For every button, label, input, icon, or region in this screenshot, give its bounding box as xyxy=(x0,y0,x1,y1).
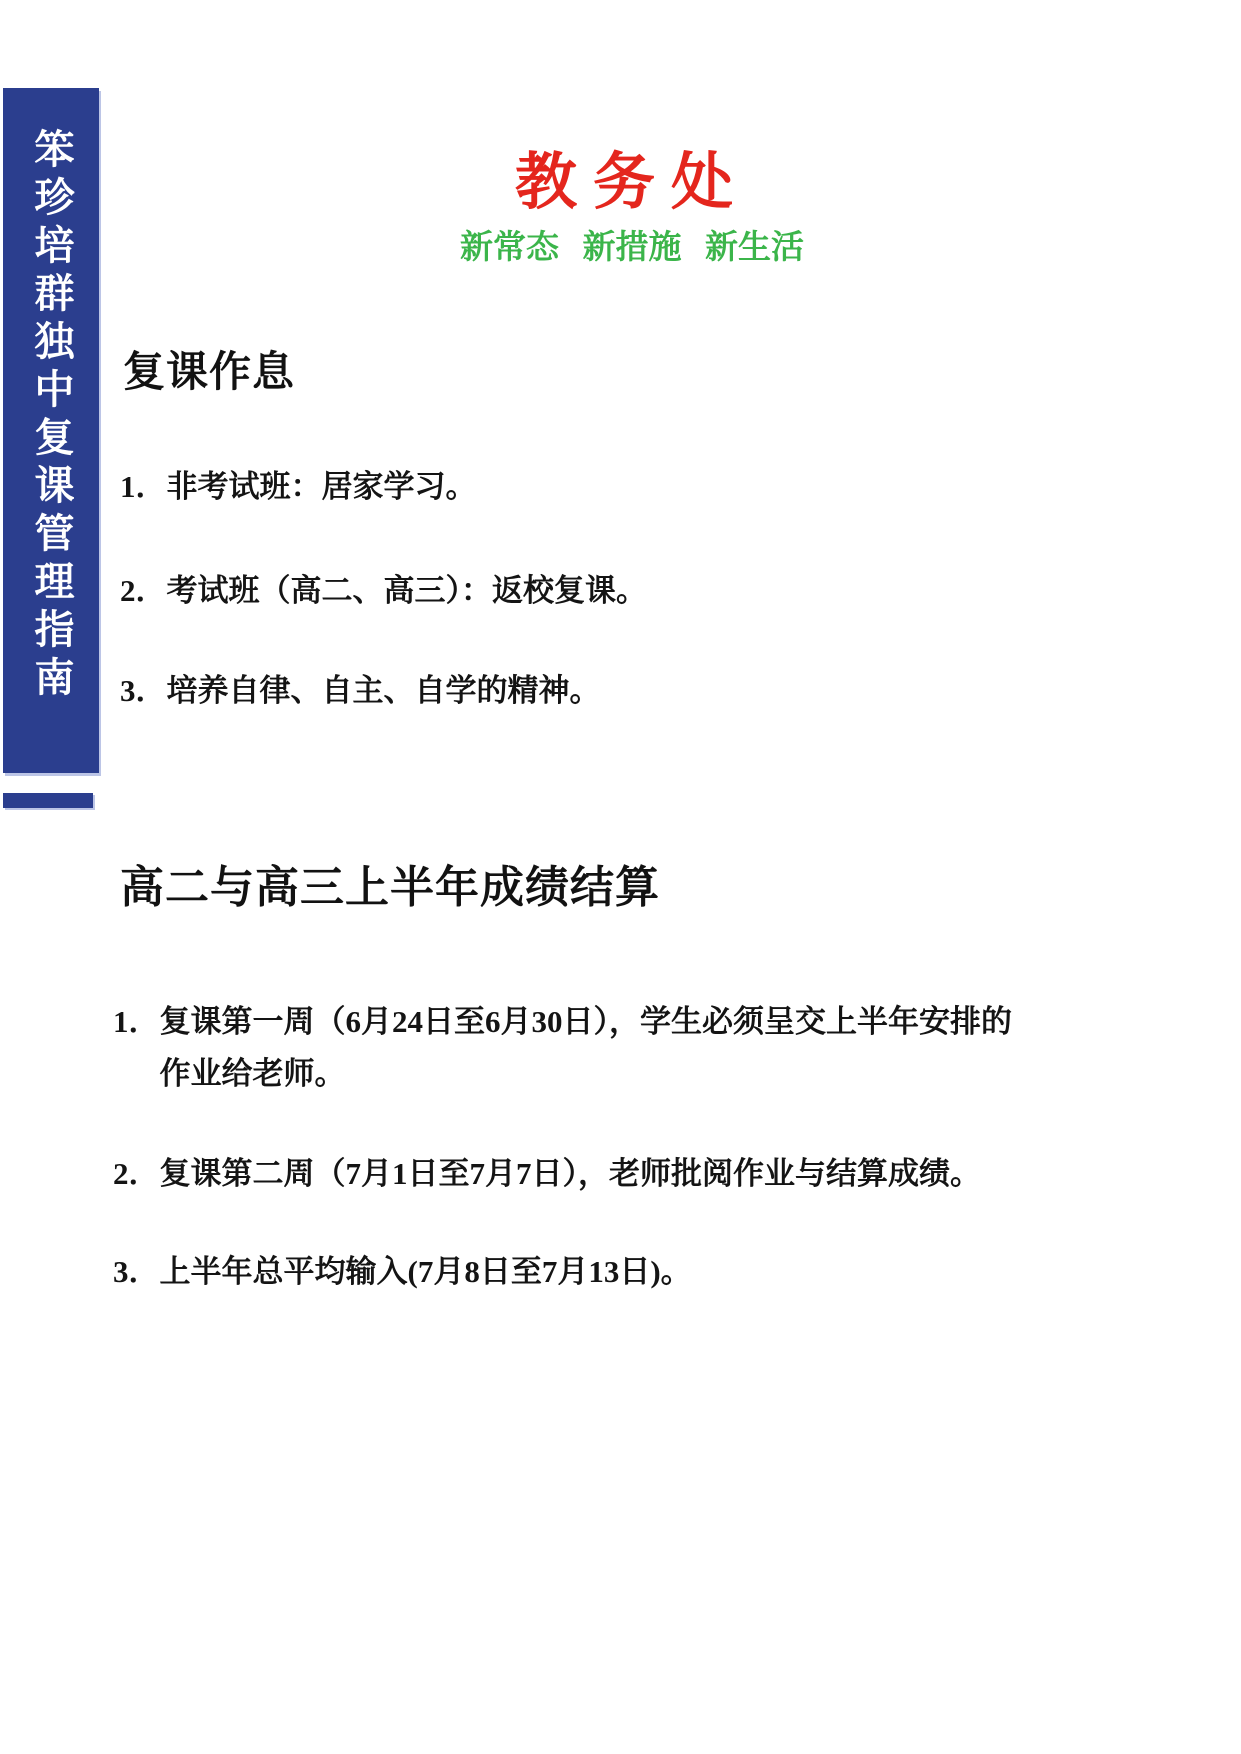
sidebar-banner: 笨珍培群独中复课管理指南 xyxy=(3,88,99,773)
document-page: 笨珍培群独中复课管理指南 教务处 新常态 新措施 新生活 复课作息 1．非考试班… xyxy=(0,0,1241,1754)
grades-list-item-3: 3． 上半年总平均输入(7月8日至7月13日)。 xyxy=(113,1246,1022,1298)
grades-item-3-text: 上半年总平均输入(7月8日至7月13日)。 xyxy=(160,1246,1022,1298)
sidebar-accent-bar xyxy=(3,793,93,808)
resumption-list-item-1: 1．非考试班：居家学习。 xyxy=(120,468,477,506)
grades-item-2-number: 2． xyxy=(113,1148,160,1200)
grades-list-item-1: 1． 复课第一周（6月24日至6月30日），学生必须呈交上半年安排的作业给老师。 xyxy=(113,996,1022,1100)
document-vertical-title: 笨珍培群独中复课管理指南 xyxy=(31,128,71,773)
grades-item-1-text: 复课第一周（6月24日至6月30日），学生必须呈交上半年安排的作业给老师。 xyxy=(160,996,1022,1100)
grades-item-3-number: 3． xyxy=(113,1246,160,1298)
resumption-list-item-2: 2．考试班（高二、高三）：返校复课。 xyxy=(120,572,647,610)
document-header: 教务处 新常态 新措施 新生活 xyxy=(100,148,1164,263)
grades-list-item-2: 2． 复课第二周（7月1日至7月7日），老师批阅作业与结算成绩。 xyxy=(113,1148,1022,1200)
grades-item-2-text: 复课第二周（7月1日至7月7日），老师批阅作业与结算成绩。 xyxy=(160,1148,1022,1200)
resumption-list-item-3: 3．培养自律、自主、自学的精神。 xyxy=(120,672,601,710)
page-title: 教务处 xyxy=(100,148,1164,216)
page-subtitle: 新常态 新措施 新生活 xyxy=(100,230,1164,263)
section-grades-heading: 高二与高三上半年成绩结算 xyxy=(120,866,660,910)
section-resumption-heading: 复课作息 xyxy=(123,351,295,393)
grades-item-1-number: 1． xyxy=(113,996,160,1048)
